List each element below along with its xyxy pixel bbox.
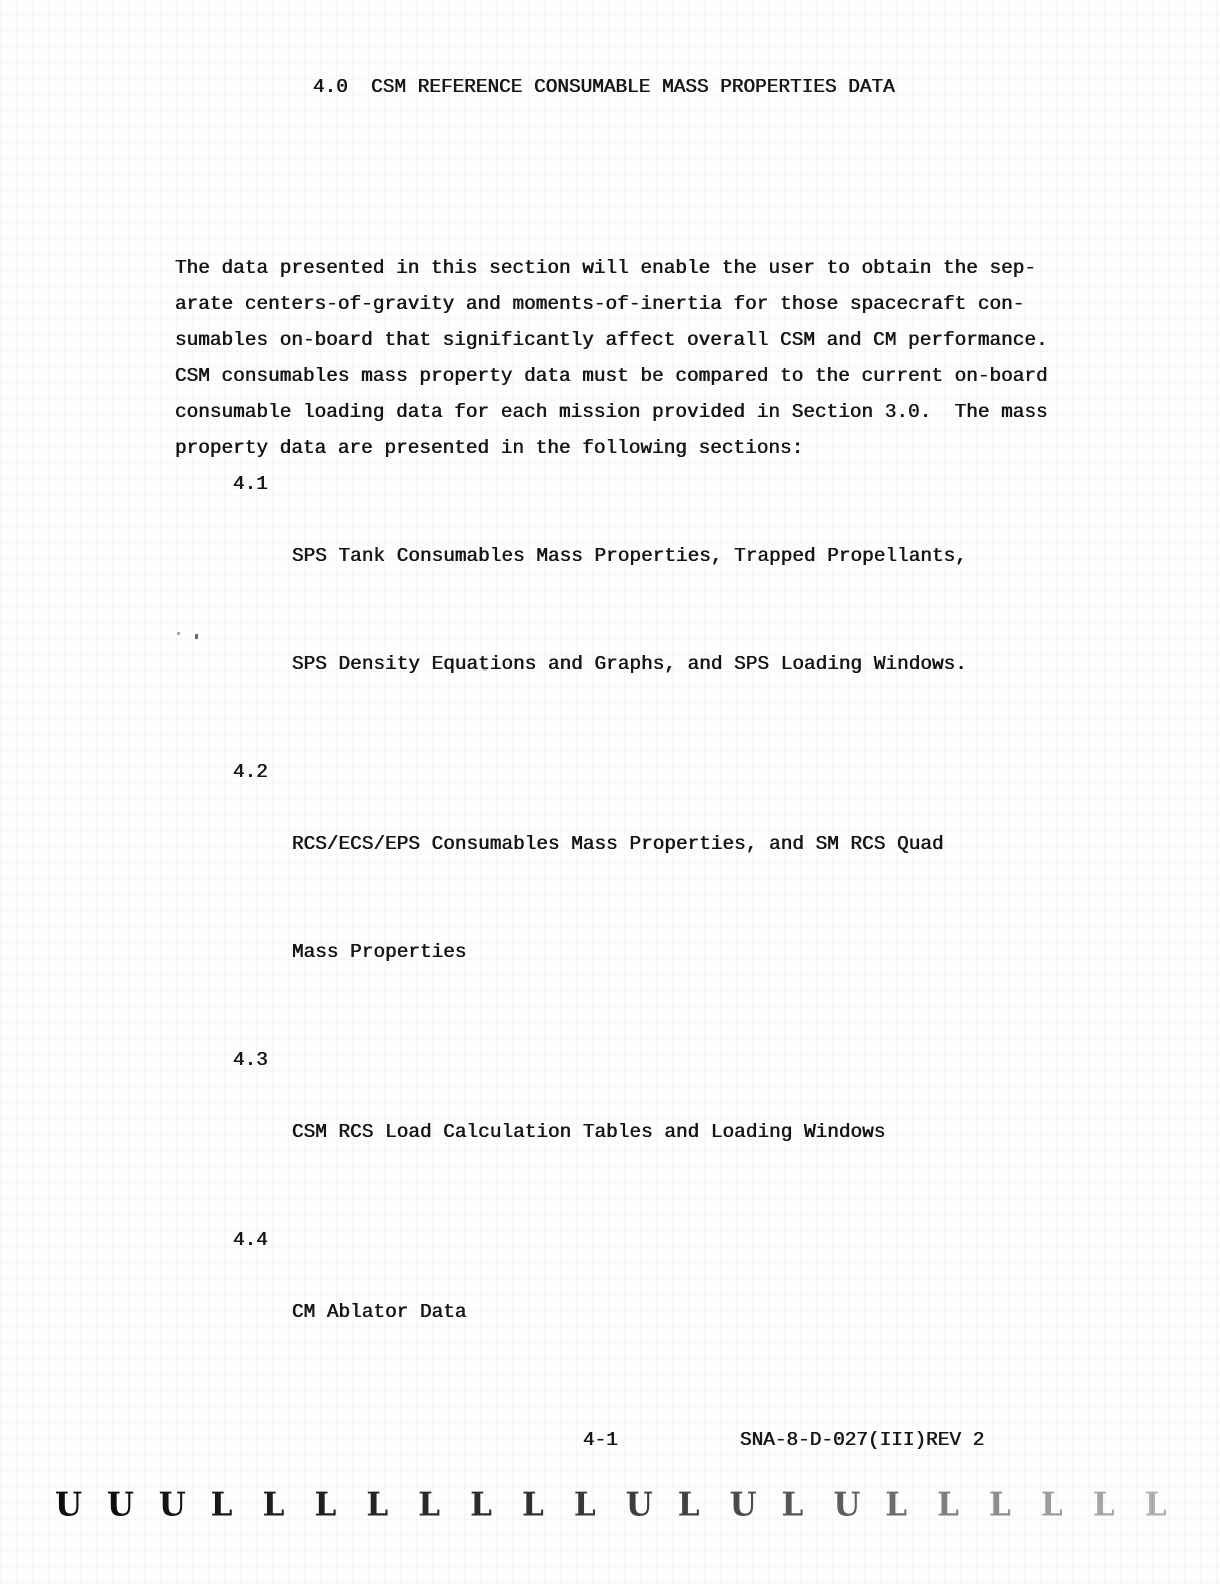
edge-mark-glyph: L: [1145, 1486, 1197, 1524]
scan-speck: [195, 634, 198, 639]
list-item-number: 4.1: [233, 466, 292, 754]
paragraph-line: property data are presented in the follo…: [175, 430, 1048, 466]
edge-mark-glyph: L: [937, 1486, 989, 1524]
edge-mark-glyph: L: [885, 1486, 937, 1524]
edge-mark-glyph: U: [55, 1486, 107, 1524]
edge-mark-glyph: L: [781, 1486, 833, 1524]
list-item-text: CM Ablator Data: [292, 1222, 467, 1402]
edge-mark-glyph: L: [1041, 1486, 1093, 1524]
edge-mark-glyph: U: [730, 1486, 782, 1524]
paragraph-line: CSM consumables mass property data must …: [175, 358, 1048, 394]
page-number: 4-1: [583, 1422, 618, 1458]
edge-mark-glyph: U: [107, 1486, 159, 1524]
section-heading: 4.0 CSM REFERENCE CONSUMABLE MASS PROPER…: [313, 69, 895, 105]
scanned-document-page: 4.0 CSM REFERENCE CONSUMABLE MASS PROPER…: [0, 0, 1220, 1584]
list-item-text: RCS/ECS/EPS Consumables Mass Properties,…: [292, 754, 944, 1042]
edge-mark-glyph: L: [574, 1486, 626, 1524]
intro-paragraph: The data presented in this section will …: [175, 142, 1048, 466]
scan-speck: [483, 668, 487, 671]
edge-mark-glyph: U: [626, 1486, 678, 1524]
paragraph-line: arate centers-of-gravity and moments-of-…: [175, 286, 1048, 322]
edge-mark-glyph: L: [263, 1486, 315, 1524]
edge-mark-glyph: L: [989, 1486, 1041, 1524]
list-item-4-1: 4.1 SPS Tank Consumables Mass Properties…: [175, 466, 1048, 754]
list-item-4-3: 4.3 CSM RCS Load Calculation Tables and …: [175, 1042, 1048, 1222]
section-list: 4.1 SPS Tank Consumables Mass Properties…: [175, 466, 1048, 1402]
binding-edge-marks: UUULLLLLLLLULULULLLLLL: [55, 1487, 1197, 1523]
edge-mark-glyph: U: [159, 1486, 211, 1524]
edge-mark-glyph: L: [678, 1486, 730, 1524]
list-item-4-2: 4.2 RCS/ECS/EPS Consumables Mass Propert…: [175, 754, 1048, 1042]
edge-mark-glyph: L: [470, 1486, 522, 1524]
list-item-4-4: 4.4 CM Ablator Data: [175, 1222, 1048, 1402]
edge-mark-glyph: L: [1093, 1486, 1145, 1524]
edge-mark-glyph: L: [522, 1486, 574, 1524]
edge-mark-glyph: L: [366, 1486, 418, 1524]
paragraph-line: consumable loading data for each mission…: [175, 394, 1048, 430]
edge-mark-glyph: L: [418, 1486, 470, 1524]
edge-mark-glyph: U: [833, 1486, 885, 1524]
edge-mark-glyph: L: [314, 1486, 366, 1524]
list-item-text: SPS Tank Consumables Mass Properties, Tr…: [292, 466, 967, 754]
paragraph-line: The data presented in this section will …: [175, 250, 1048, 286]
list-item-number: 4.4: [233, 1222, 292, 1402]
scan-speck: [177, 632, 180, 635]
document-number: SNA-8-D-027(III)REV 2: [740, 1422, 984, 1458]
list-item-number: 4.2: [233, 754, 292, 1042]
body-text-column: The data presented in this section will …: [175, 142, 1048, 1402]
list-item-number: 4.3: [233, 1042, 292, 1222]
edge-mark-glyph: L: [211, 1486, 263, 1524]
list-item-text: CSM RCS Load Calculation Tables and Load…: [292, 1042, 885, 1222]
paragraph-line: sumables on-board that significantly aff…: [175, 322, 1048, 358]
